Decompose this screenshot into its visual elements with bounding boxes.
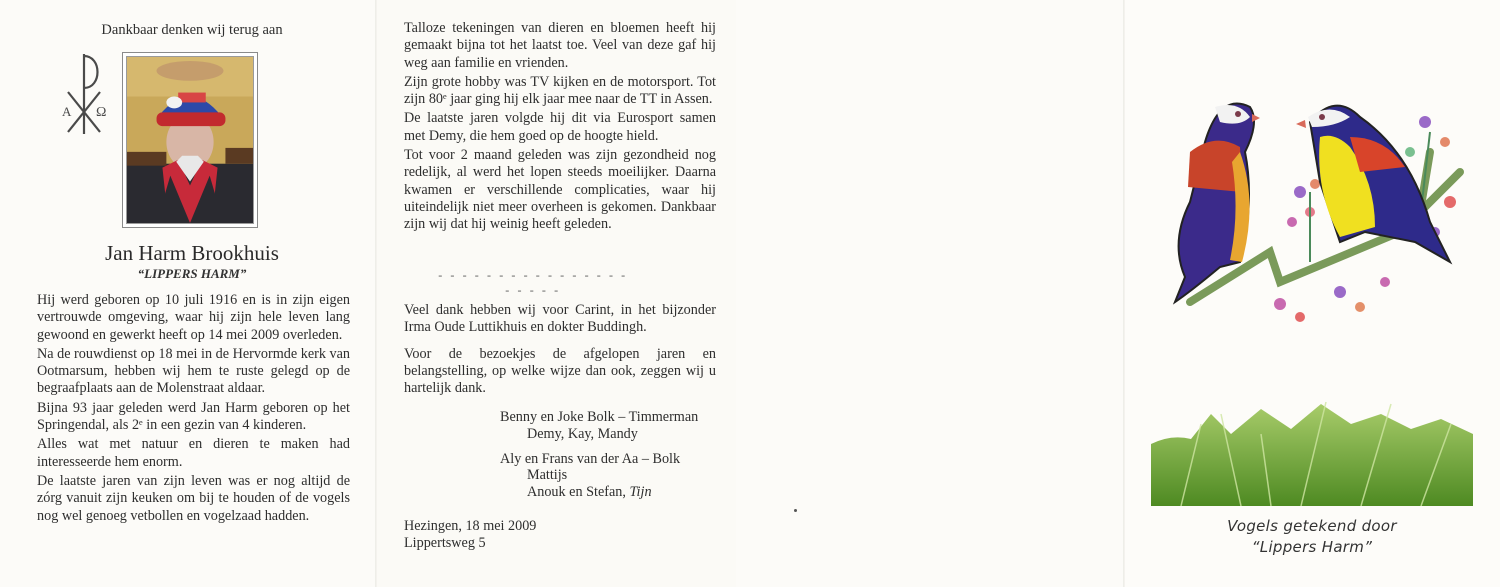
family-group: Benny en Joke Bolk – Timmerman Demy, Kay… [500,409,698,443]
chi-rho-alpha-omega-icon: A Ω [58,52,110,136]
paragraph: Talloze tekeningen van dieren en bloemen… [404,20,716,72]
family-members: Mattijs [500,467,698,484]
portrait-image [127,57,253,223]
family-members: Anouk en Stefan, Tijn [500,484,698,501]
family-head: Aly en Frans van der Aa – Bolk [500,451,698,468]
family-group: Aly en Frans van der Aa – Bolk Mattijs A… [500,451,698,501]
family-member-names: Anouk en Stefan, [527,484,629,500]
birds-drawing [1160,92,1472,332]
paragraph: Veel dank hebben wij voor Carint, in het… [404,302,716,337]
family-head: Benny en Joke Bolk – Timmerman [500,409,698,426]
paragraph: Alles wat met natuur en dieren te maken … [37,436,350,471]
paper-speck [794,509,797,512]
biography-text: Hij werd geboren op 10 juli 1916 en is i… [37,292,350,527]
paragraph: Tot voor 2 maand geleden was zijn gezond… [404,147,716,233]
memories-text: Talloze tekeningen van dieren en bloemen… [404,20,716,236]
paragraph: Na de rouwdienst op 18 mei in de Hervorm… [37,346,350,398]
grass-photo [1151,394,1473,506]
address: Lippertsweg 5 [404,535,536,552]
caption-line: “Lippers Harm” [1124,537,1500,558]
grandchild-name: Tijn [629,484,651,500]
paragraph: Zijn grote hobby was TV kijken en de mot… [404,74,716,109]
place-and-address: Hezingen, 18 mei 2009 Lippertsweg 5 [404,518,536,552]
paragraph: Hij werd geboren op 10 juli 1916 en is i… [37,292,350,344]
intro-text: Dankbaar denken wij terug aan [0,22,384,39]
fold-line [1123,0,1125,587]
card-panel-blank [736,0,1124,587]
portrait-photo [122,52,258,228]
caption-line: Vogels getekend door [1124,516,1500,537]
nickname: “LIPPERS HARM” [0,266,384,282]
dashed-divider: - - - - - - - - - - - - - - - - - - - - … [438,268,628,298]
paragraph: Bijna 93 jaar geleden werd Jan Harm gebo… [37,400,350,435]
fold-line [375,0,377,587]
family-members: Demy, Kay, Mandy [500,426,698,443]
thanks-text: Veel dank hebben wij voor Carint, in het… [404,302,716,406]
paragraph: Voor de bezoekjes de afgelopen jaren en … [404,346,716,398]
paragraph: De laatste jaren volgde hij dit via Euro… [404,110,716,145]
deceased-name: Jan Harm Brookhuis [0,241,384,266]
svg-text:Ω: Ω [96,105,106,120]
paragraph: De laatste jaren van zijn leven was er n… [37,473,350,525]
place-date: Hezingen, 18 mei 2009 [404,518,536,535]
family-signatures: Benny en Joke Bolk – Timmerman Demy, Kay… [500,409,698,509]
illustration-caption: Vogels getekend door “Lippers Harm” [1124,516,1500,558]
svg-text:A: A [62,104,72,119]
